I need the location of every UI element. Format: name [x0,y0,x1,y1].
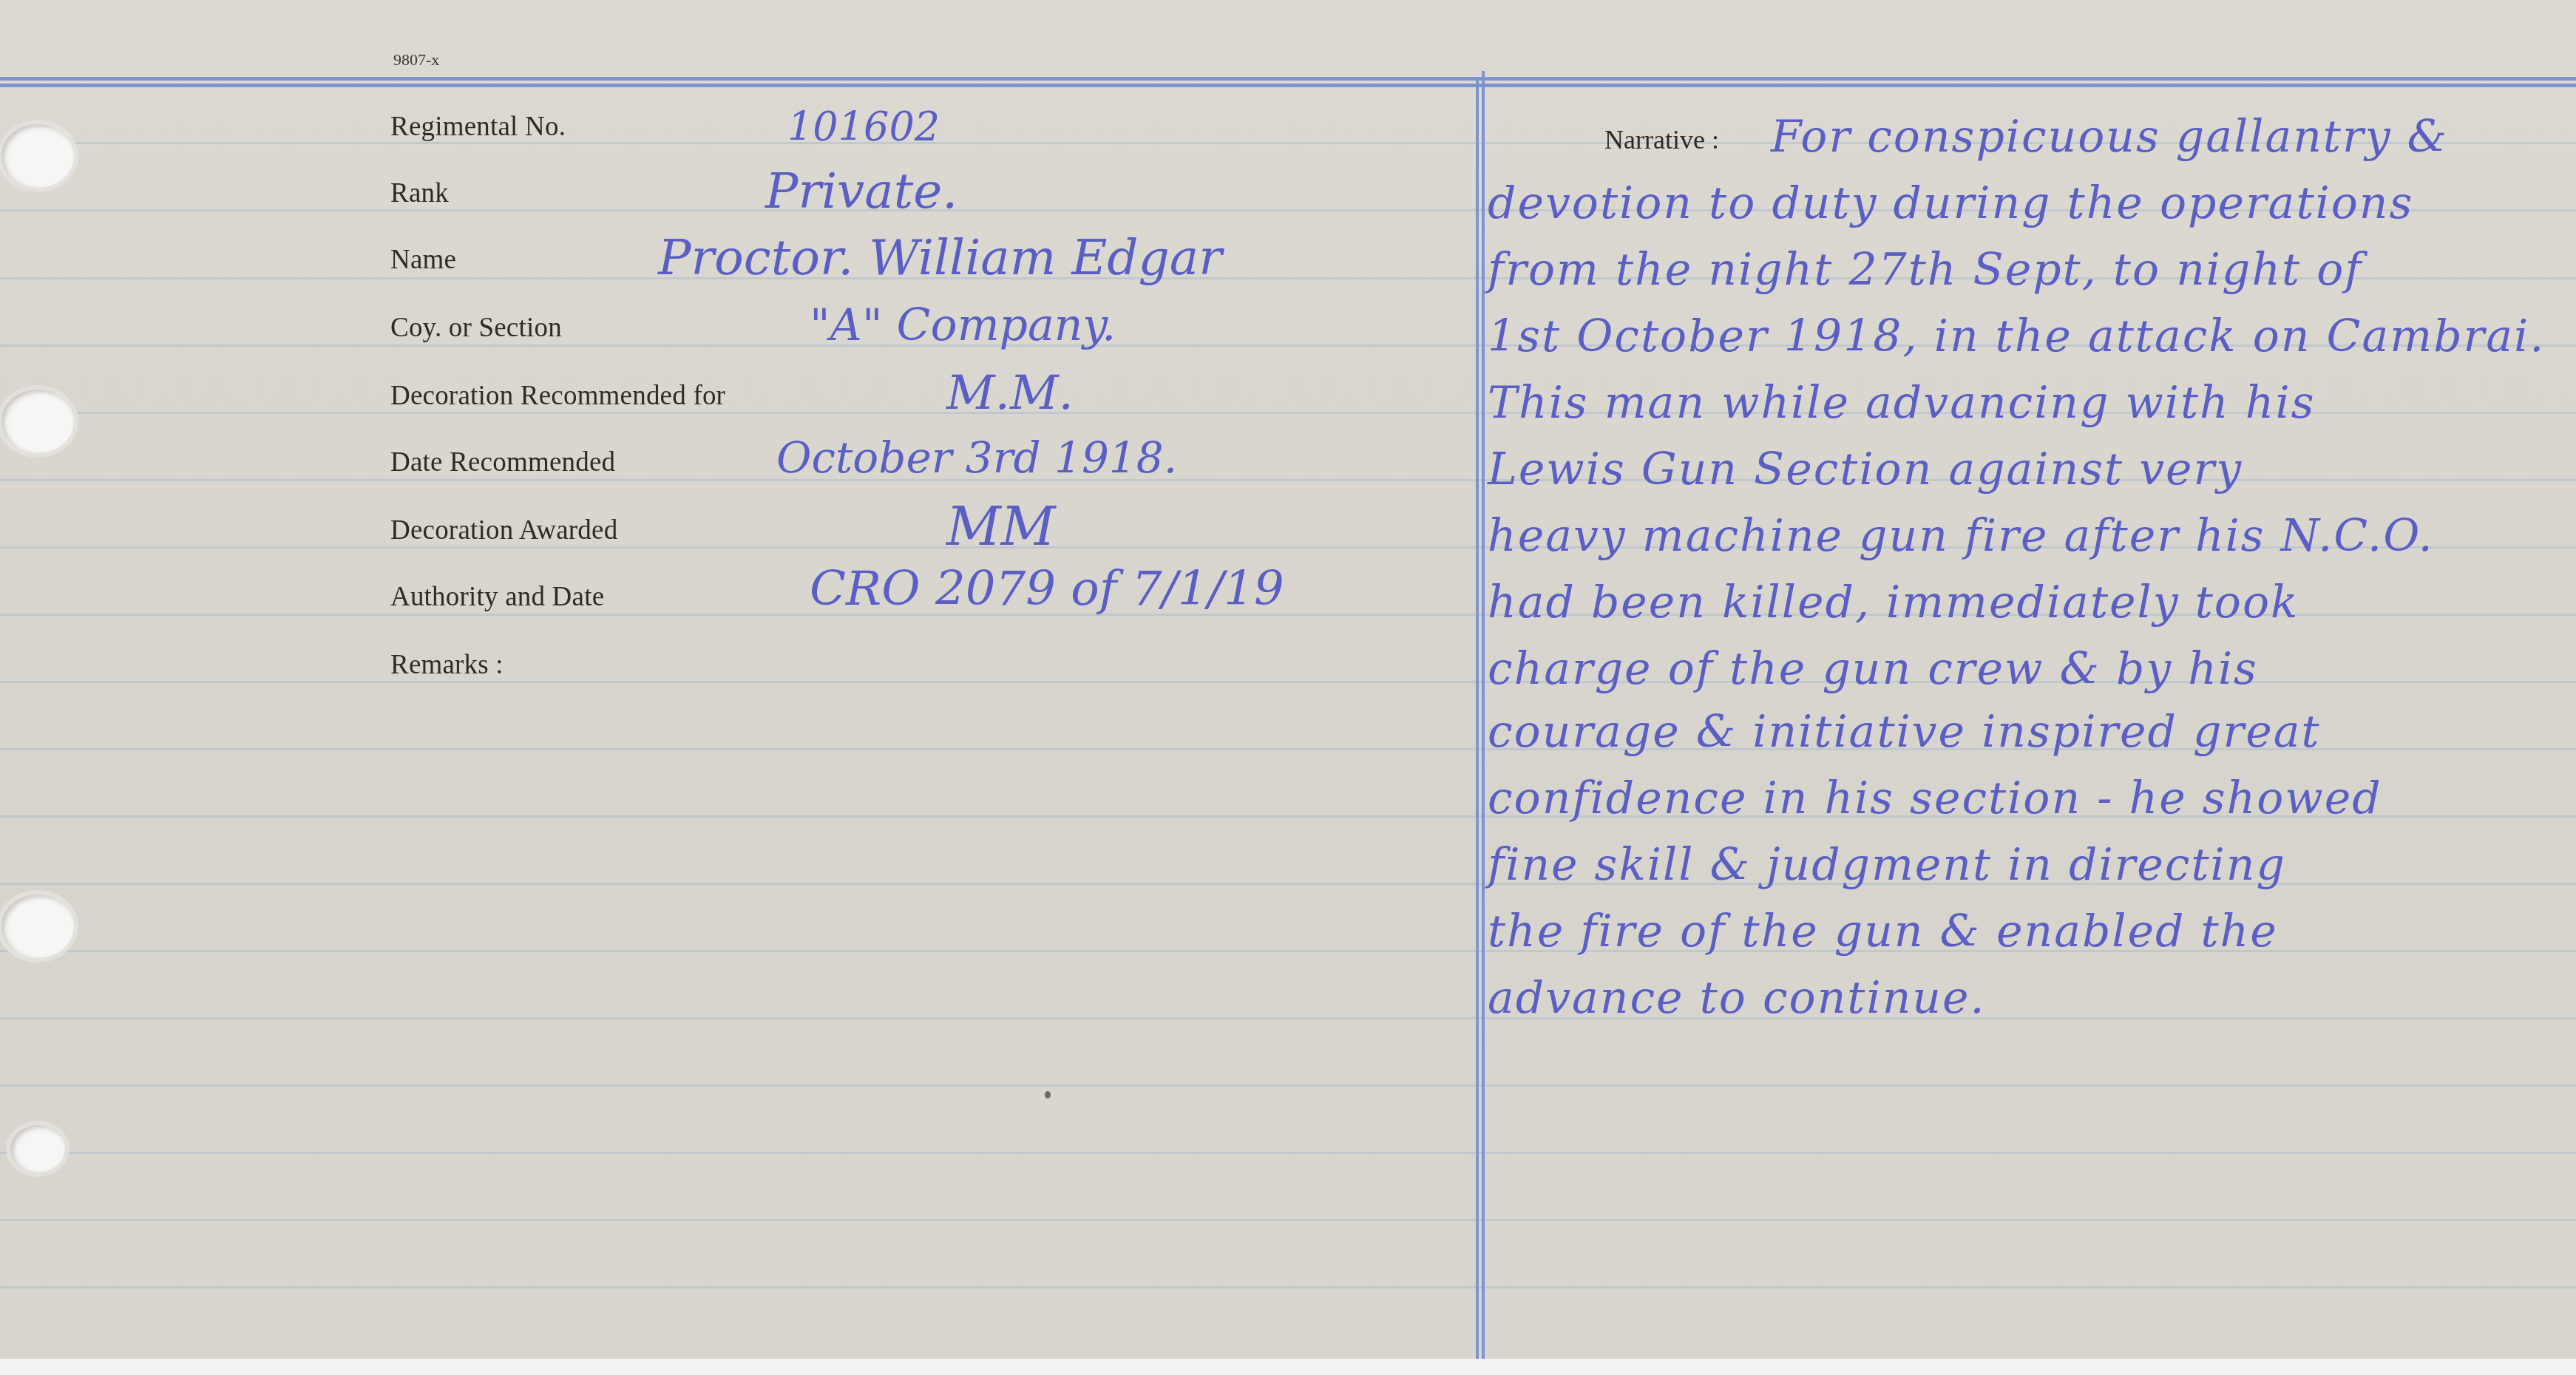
narrative-line: from the night 27th Sept, to night of [1488,244,2363,296]
narrative-line: courage & initiative inspired great [1488,706,2321,758]
value-name: Proctor. William Edgar [658,229,1222,286]
narrative-line: charge of the gun crew & by his [1488,643,2258,695]
label-remarks: Remarks : [390,649,504,681]
ruled-line [0,1219,2576,1221]
value-decoration-recommended: M.M. [946,366,1074,421]
punch-hole [1,894,74,958]
label-authority-date: Authority and Date [390,581,604,613]
value-date-recommended: October 3rd 1918. [776,432,1177,483]
narrative-line: Lewis Gun Section against very [1488,444,2243,495]
narrative-line: 1st October 1918, in the attack on Cambr… [1488,310,2545,362]
value-authority-date: CRO 2079 of 7/1/19 [810,562,1284,617]
column-divider-left [1476,78,1479,1375]
label-decoration-awarded: Decoration Awarded [390,515,617,546]
scan-bottom-edge [0,1359,2576,1375]
punch-hole [10,1125,65,1172]
narrative-line: fine skill & judgment in directing [1488,839,2286,891]
value-rank: Private. [765,163,957,220]
label-regimental-no: Regimental No. [390,111,566,143]
label-name: Name [390,244,456,276]
paper-speck [1045,1091,1051,1099]
punch-hole [1,124,74,188]
value-regimental-no: 101602 [787,103,940,150]
label-date-recommended: Date Recommended [390,447,615,478]
header-rule-top [0,77,2576,81]
narrative-line: This man while advancing with his [1488,377,2315,429]
punch-hole [1,390,74,453]
medal-recommendation-card: 9807-x Regimental No. Rank Name Coy. or … [0,0,2576,1359]
narrative-line: advance to continue. [1488,972,1986,1024]
ruled-line [0,1084,2576,1087]
narrative-label: Narrative : [1604,124,1719,155]
narrative-line: the fire of the gun & enabled the [1488,906,2278,957]
ruled-line [0,1152,2576,1154]
label-coy-section: Coy. or Section [390,312,562,344]
label-decoration-recommended: Decoration Recommended for [390,380,725,412]
narrative-line: had been killed, immediately took [1488,577,2299,628]
narrative-line: confidence in his section - he showed [1488,773,2382,824]
ruled-line [0,1017,2576,1019]
value-decoration-awarded: MM [946,495,1055,557]
narrative-line: For conspicuous gallantry & [1771,111,2448,163]
narrative-line: devotion to duty during the operations [1488,177,2413,229]
column-divider-right [1482,71,1485,1368]
value-coy-section: "A" Company. [810,299,1116,351]
narrative-line: heavy machine gun fire after his N.C.O. [1488,510,2434,562]
label-rank: Rank [390,177,449,209]
header-rule-bottom [0,84,2576,87]
ruled-line [0,1286,2576,1289]
form-number: 9807-x [393,50,439,69]
